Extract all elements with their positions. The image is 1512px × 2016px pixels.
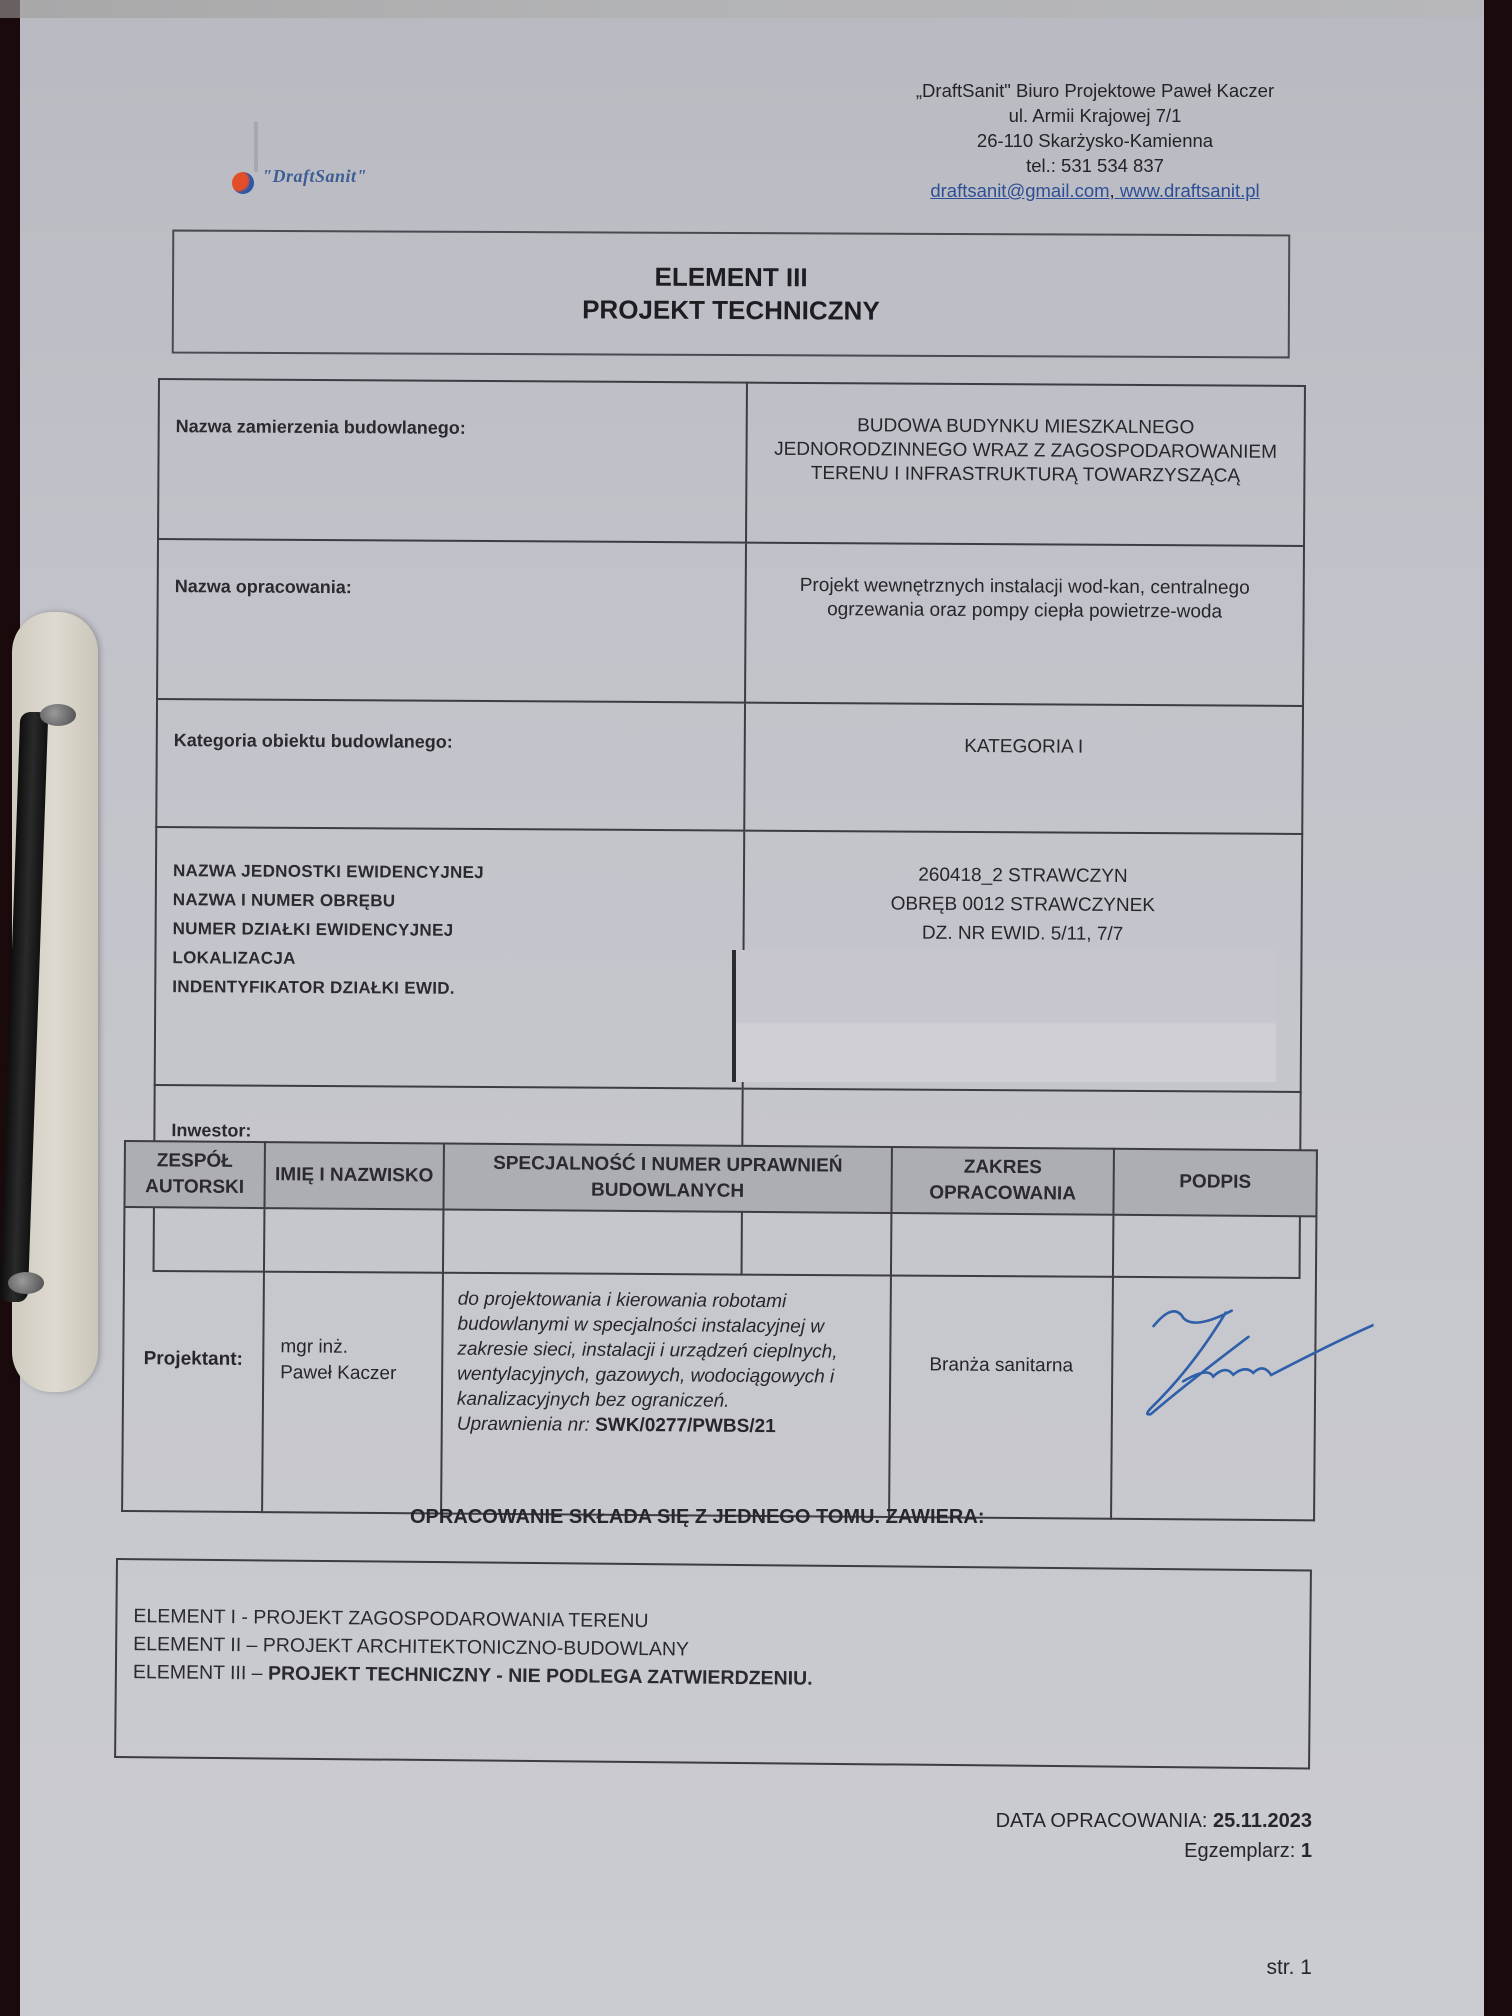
company-street: ul. Armii Krajowej 7/1 [870,103,1320,128]
investment-label: Nazwa zamierzenia budowlanego: [158,379,747,543]
signature-icon [1113,1256,1374,1428]
location-value: OBRĘB 0012 STRAWCZYNEK [757,889,1289,921]
specialty-text: do projektowania i kierowania robotami b… [457,1287,878,1415]
category-value: KATEGORIA I [744,703,1303,834]
role-cell: Projektant: [122,1207,264,1512]
company-links: draftsanit@gmail.com, www.draftsanit.pl [870,178,1320,203]
company-logo: "DraftSanit" [228,116,408,196]
company-city: 26-110 Skarżysko-Kamienna [870,128,1320,153]
binder-rivet-top [40,704,76,726]
header-name: IMIĘ I NAZWISKO [264,1142,444,1209]
header-team: ZESPÓŁ AUTORSKI [124,1141,265,1208]
specialty-cell: do projektowania i kierowania robotami b… [441,1210,891,1518]
location-label: NAZWA I NUMER OBRĘBU [173,885,733,917]
redacted-investor-sticker [736,950,1276,1082]
binder-rivet-bottom [8,1272,44,1294]
scope-cell: Branża sanitarna [889,1213,1113,1519]
location-value: DZ. NR EWID. 5/11, 7/7 [757,918,1289,950]
date-value: 25.11.2023 [1213,1810,1312,1832]
table-row: Nazwa zamierzenia budowlanego: BUDOWA BU… [158,379,1305,546]
location-label: NUMER DZIAŁKI EWIDENCYJNEJ [173,914,733,946]
table-row: Kategoria obiektu budowlanego: KATEGORIA… [156,699,1303,834]
header-scope: ZAKRES OPRACOWANIA [891,1147,1114,1215]
license-label: Uprawnienia nr: [457,1414,590,1436]
copy-value: 1 [1301,1840,1312,1862]
location-label: NAZWA JEDNOSTKI EWIDENCYJNEJ [173,856,733,888]
contents-item-bold: PROJEKT TECHNICZNY - NIE PODLEGA ZATWIER… [268,1662,813,1689]
logo-text: "DraftSanit" [262,166,367,187]
investment-value: BUDOWA BUDYNKU MIESZKALNEGO JEDNORODZINN… [746,383,1305,546]
signature-cell [1111,1215,1316,1521]
links-separator: , [1110,180,1120,201]
contents-item-prefix: ELEMENT III – [133,1661,268,1684]
author-team-table: ZESPÓŁ AUTORSKI IMIĘ I NAZWISKO SPECJALN… [121,1140,1318,1521]
company-name: „DraftSanit" Biuro Projektowe Paweł Kacz… [870,78,1320,103]
email-link[interactable]: draftsanit@gmail.com [930,180,1109,201]
title-line-2: PROJEKT TECHNICZNY [582,293,880,327]
company-phone: tel.: 531 534 837 [870,153,1320,178]
person-name: Paweł Kaczer [280,1360,440,1387]
license-number: SWK/0277/PWBS/21 [595,1415,776,1437]
location-label: INDENTYFIKATOR DZIAŁKI EWID. [172,972,732,1004]
date-block: DATA OPRACOWANIA: 25.11.2023 Egzemplarz:… [996,1806,1312,1866]
study-label: Nazwa opracowania: [157,539,746,703]
location-label: LOKALIZACJA [172,943,732,975]
location-value: 260418_2 STRAWCZYN [757,860,1289,892]
background-edge [1484,0,1512,2016]
contents-heading: OPRACOWANIE SKŁADA SIĘ Z JEDNEGO TOMU. Z… [410,1506,984,1529]
table-row: Projektant: mgr inż. Paweł Kaczer do pro… [122,1207,1316,1520]
header-signature: PODPIS [1113,1149,1317,1217]
website-link[interactable]: www.draftsanit.pl [1120,180,1260,201]
date-label: DATA OPRACOWANIA: [996,1810,1213,1832]
category-label: Kategoria obiektu budowlanego: [156,699,745,831]
water-drop-icon [232,172,254,194]
faucet-icon [254,122,258,172]
contents-box: ELEMENT I - PROJEKT ZAGOSPODAROWANIA TER… [114,1558,1312,1769]
header-specialty: SPECJALNOŚĆ I NUMER UPRAWNIEŃ BUDOWLANYC… [443,1144,892,1214]
table-row: Nazwa opracowania: Projekt wewnętrznych … [157,539,1304,706]
study-value: Projekt wewnętrznych instalacji wod-kan,… [745,543,1304,706]
table-header-row: ZESPÓŁ AUTORSKI IMIĘ I NAZWISKO SPECJALN… [124,1141,1316,1216]
company-header: „DraftSanit" Biuro Projektowe Paweł Kacz… [870,78,1320,203]
copy-label: Egzemplarz: [1184,1840,1301,1862]
title-line-1: ELEMENT III [654,261,807,295]
location-labels: NAZWA JEDNOSTKI EWIDENCYJNEJ NAZWA I NUM… [155,827,745,1089]
page-top-shadow [0,0,1512,18]
binder-clip [0,612,100,1392]
person-title: mgr inż. [280,1334,440,1361]
person-cell: mgr inż. Paweł Kaczer [262,1208,443,1513]
document-title-box: ELEMENT III PROJEKT TECHNICZNY [172,230,1291,359]
page-number: str. 1 [1266,1956,1312,1980]
